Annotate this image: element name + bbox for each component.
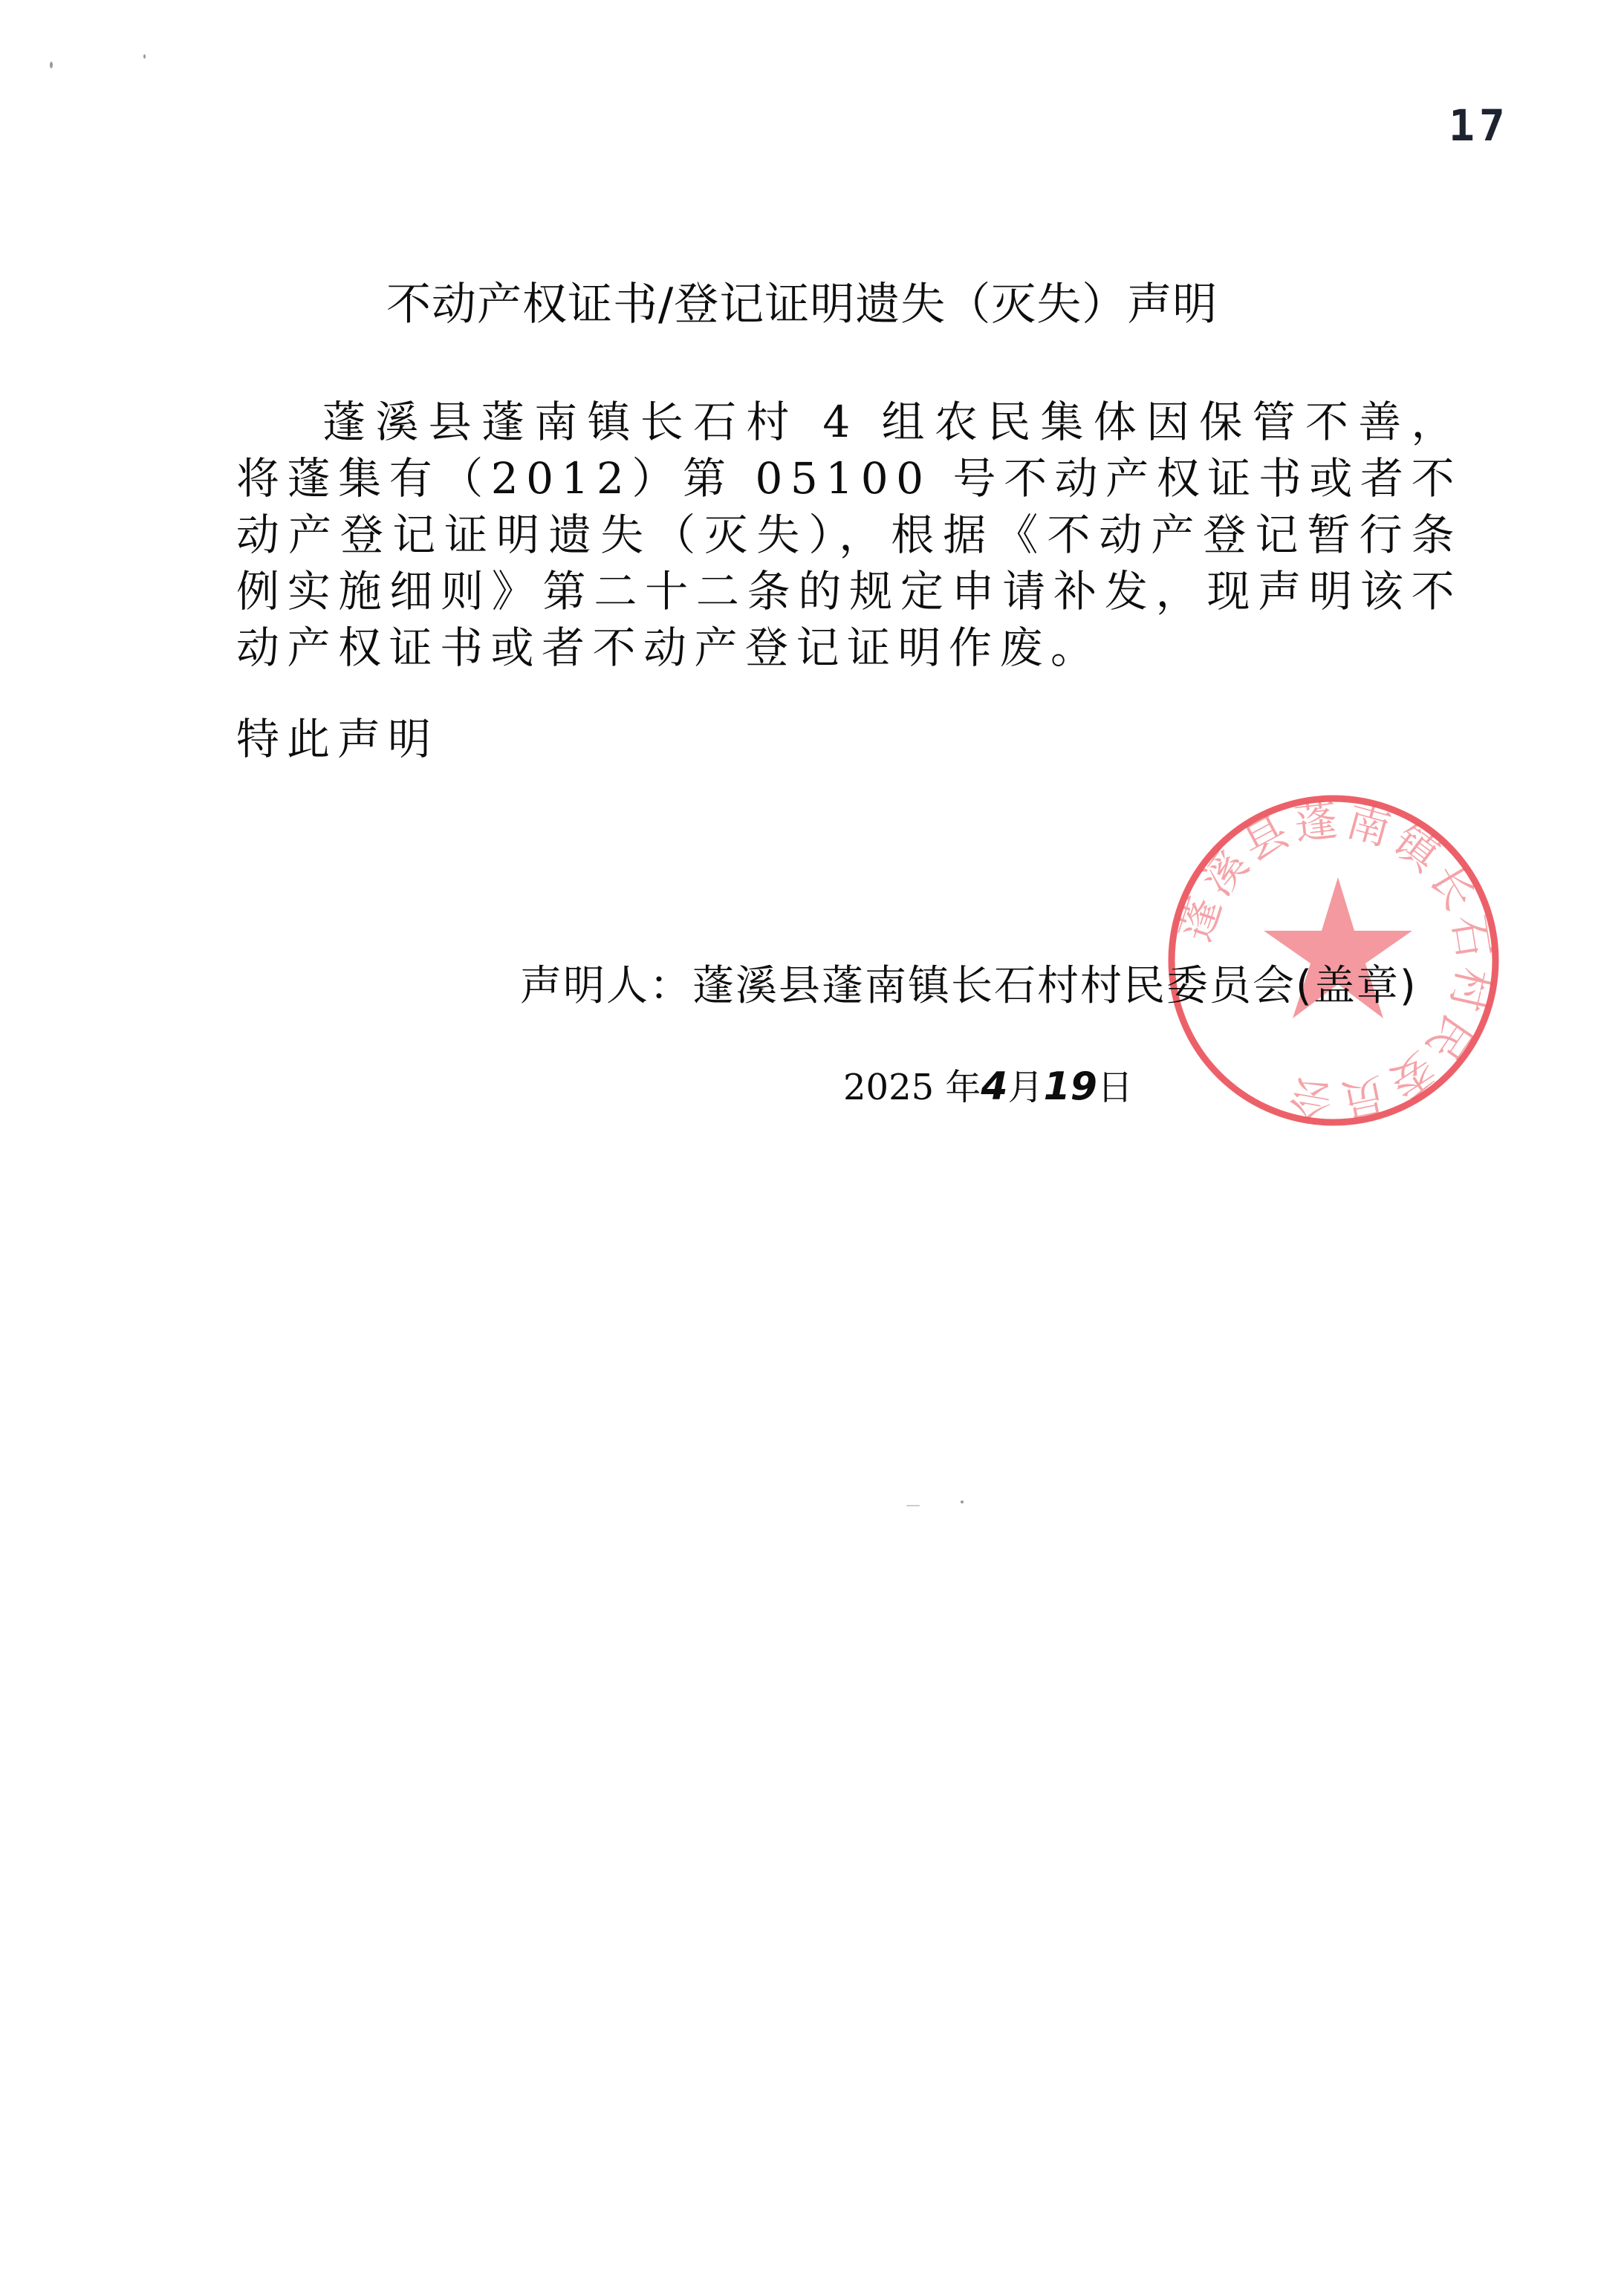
body-paragraph: 蓬溪县蓬南镇长石村 4 组农民集体因保管不善，将蓬集有（2012）第 05100…	[236, 394, 1462, 676]
scan-speck	[50, 62, 53, 68]
date-day-unit: 日	[1097, 1067, 1133, 1108]
scan-speck	[143, 54, 146, 59]
date-year: 2025 年	[843, 1067, 981, 1108]
date-month-unit: 月	[1008, 1067, 1044, 1108]
document-title: 不动产权证书/登记证明遗失（灭失）声明	[386, 269, 1308, 333]
declarant-line: 声明人：蓬溪县蓬南镇长石村村民委员会(盖章)	[520, 953, 1417, 1012]
date-day-handwritten: 19	[1044, 1064, 1097, 1109]
closing-statement: 特此声明	[236, 704, 438, 767]
page-number: 17	[1449, 100, 1510, 151]
scan-speck	[906, 1505, 920, 1506]
date-month-handwritten: 4	[981, 1064, 1007, 1109]
declaration-date: 2025 年4月19日	[843, 1058, 1133, 1110]
document-body: 蓬溪县蓬南镇长石村 4 组农民集体因保管不善，将蓬集有（2012）第 05100…	[236, 394, 1462, 676]
scan-speck	[961, 1500, 964, 1503]
